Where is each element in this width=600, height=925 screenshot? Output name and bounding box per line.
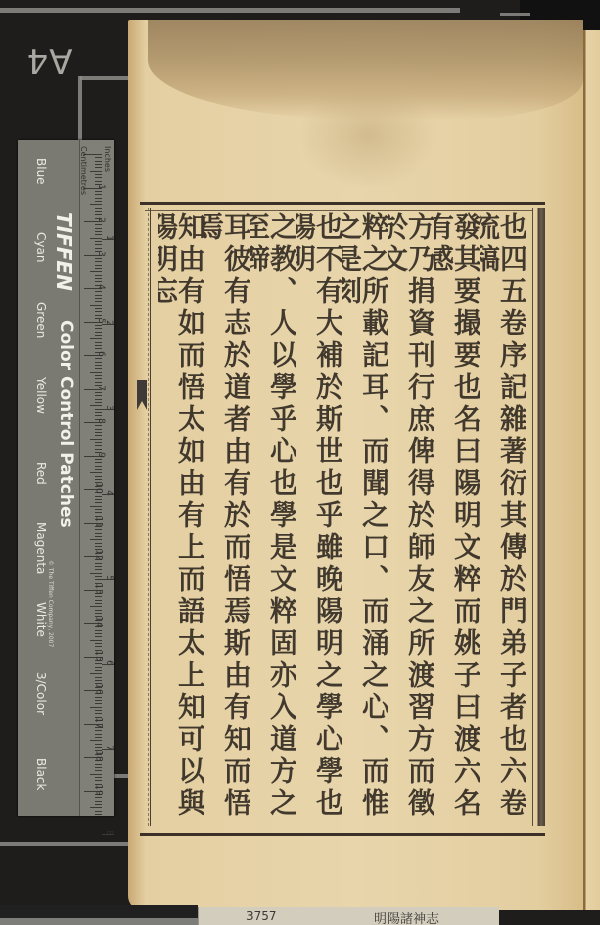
ruler-tick <box>95 291 102 292</box>
ruler-tick <box>95 569 102 570</box>
inch-tick-label: 2 <box>104 320 114 326</box>
ruler-tick <box>95 328 102 329</box>
ruler-tick <box>95 512 102 513</box>
ruler-tick <box>95 174 102 175</box>
patch-label-3color: 3/Color <box>34 672 48 715</box>
ruler-tick <box>95 533 102 534</box>
ruler-tick <box>95 710 102 711</box>
inch-tick <box>102 664 114 665</box>
ruler-tick <box>90 640 102 641</box>
ruler-tick <box>95 603 102 604</box>
ruler-tick <box>95 265 102 266</box>
ruler-tick <box>95 275 102 276</box>
ruler-tick <box>90 539 102 540</box>
ruler-tick <box>95 596 102 597</box>
ruler-tick <box>95 429 102 430</box>
ruler-tick <box>90 807 102 808</box>
ruler-tick <box>95 459 102 460</box>
ruler-tick <box>95 499 102 500</box>
ruler-tick <box>95 469 102 470</box>
ruler-tick <box>95 234 102 235</box>
text-column-4: 粹之所載記耳、而聞之口、而涌之心、而惟之是刻 <box>342 212 388 824</box>
ruler-tick <box>95 395 102 396</box>
ruler-tick <box>95 744 102 745</box>
ruler-tick <box>95 680 102 681</box>
ruler-tick <box>95 278 102 279</box>
ruler-tick <box>95 670 102 671</box>
ruler-tick <box>95 224 102 225</box>
patch-label-green: Green <box>34 302 48 338</box>
ruler-tick <box>95 462 102 463</box>
ruler-tick <box>95 767 102 768</box>
inch-tick <box>102 494 114 495</box>
ruler-tick <box>95 713 102 714</box>
patch-label-yellow: Yellow <box>34 377 48 414</box>
units-in-label: Inches <box>103 146 112 172</box>
ruler-tick <box>90 472 102 473</box>
ruler-tick <box>95 811 102 812</box>
ruler-tick <box>90 405 102 406</box>
ruler-tick <box>95 546 102 547</box>
ruler-tick <box>95 479 102 480</box>
inch-tick-label: 6 <box>104 660 114 666</box>
text-column-2: 發其要撮要也名曰陽明文粹而姚子曰渡六名有感 <box>434 212 480 824</box>
patch-label-blue: Blue <box>34 158 48 185</box>
ruler-tick <box>95 425 102 426</box>
ruler-tick <box>95 177 102 178</box>
ruler-tick <box>95 167 102 168</box>
inch-tick-label: 5 <box>104 575 114 581</box>
cm-tick-label: 1 <box>96 184 106 190</box>
sheet-size-label: A4 <box>24 40 74 80</box>
ruler-tick <box>95 248 102 249</box>
cm-tick-label: 3 <box>96 251 106 257</box>
ruler-tick <box>95 258 102 259</box>
ruler-tick <box>95 181 102 182</box>
inch-tick <box>102 579 114 580</box>
ruler-tick <box>95 392 102 393</box>
text-frame-right-border <box>532 208 545 826</box>
ruler-tick <box>95 579 102 580</box>
ruler-tick <box>95 244 102 245</box>
ruler-tick <box>95 814 102 815</box>
text-column-5: 也不有大補於斯世也乎雖晚陽明之學心學也陽明 <box>296 212 342 824</box>
inch-tick-label: 4 <box>104 490 114 496</box>
ruler-tick <box>95 231 102 232</box>
cm-tick-label: 4 <box>96 284 106 290</box>
ruler-tick <box>95 737 102 738</box>
ruler-tick <box>95 636 102 637</box>
patch-label-white: White <box>34 602 48 637</box>
ruler-tick <box>95 509 102 510</box>
ruler-tick <box>95 409 102 410</box>
ruler-tick <box>90 606 102 607</box>
ruler-tick <box>95 298 102 299</box>
inch-tick <box>102 834 114 835</box>
text-column-8: 知由有如而悟太如由有上而語太上知可以與陽明忘 <box>158 212 204 824</box>
ruler-tick <box>95 201 102 202</box>
cm-tick-label: 9 <box>96 452 106 458</box>
ruler-tick <box>90 171 102 172</box>
archive-number: 3757 <box>246 909 277 923</box>
patch-label-black: Black <box>34 758 48 790</box>
ruler-tick <box>95 780 102 781</box>
ruler-tick <box>95 600 102 601</box>
ruler-tick <box>95 332 102 333</box>
ruler-tick <box>95 402 102 403</box>
ruler-tick <box>95 703 102 704</box>
ruler-tick <box>95 399 102 400</box>
brand-logo: TIFFEN <box>52 212 76 291</box>
ruler-tick <box>95 797 102 798</box>
text-column-1: 也四五卷序記雜著衍其傳於門弟子者也六卷流稿 <box>480 212 526 824</box>
ruler-tick <box>95 610 102 611</box>
ruler-tick <box>95 348 102 349</box>
cm-tick-label: 16 <box>93 683 103 694</box>
inch-tick-label: 1 <box>104 235 114 241</box>
ruler-tick <box>95 311 102 312</box>
ruler-tick <box>95 164 102 165</box>
ruler-tick <box>95 211 102 212</box>
mat-line-mid-vertical <box>78 76 82 140</box>
ruler-tick <box>95 613 102 614</box>
ruler-tick <box>95 378 102 379</box>
ruler-tick <box>95 281 102 282</box>
ruler-tick <box>95 412 102 413</box>
ruler-tick <box>95 496 102 497</box>
ruler-tick <box>95 576 102 577</box>
ruler-tick <box>95 466 102 467</box>
text-frame-left-line <box>150 208 151 826</box>
ruler-tick <box>95 764 102 765</box>
units-cm-label: Centimetres <box>79 146 88 195</box>
ruler-tick <box>95 208 102 209</box>
ruler-tick <box>95 700 102 701</box>
ruler-tick <box>95 368 102 369</box>
ruler-tick <box>90 740 102 741</box>
ruler-tick <box>95 543 102 544</box>
ruler-tick <box>90 238 102 239</box>
ruler-tick <box>95 375 102 376</box>
inch-tick <box>102 239 114 240</box>
ruler-tick <box>95 435 102 436</box>
text-frame-inner-line <box>145 210 533 211</box>
text-column-6: 之教、人以學乎心也學是文粹固亦入道方之至蹄 <box>250 212 296 824</box>
ruler-tick <box>95 536 102 537</box>
ruler-tick <box>95 630 102 631</box>
ruler-tick <box>90 305 102 306</box>
ruler-tick <box>95 643 102 644</box>
ruler-tick <box>95 697 102 698</box>
ruler-tick <box>95 677 102 678</box>
ruler-tick <box>95 194 102 195</box>
cm-tick-label: 13 <box>93 583 103 594</box>
patch-label-cyan: Cyan <box>34 232 48 262</box>
cm-tick-label: 18 <box>93 750 103 761</box>
ruler-tick <box>95 325 102 326</box>
ruler-tick <box>90 372 102 373</box>
ruler-tick <box>95 804 102 805</box>
inch-tick <box>102 409 114 410</box>
ruler-tick <box>95 358 102 359</box>
manuscript-text-block: 也四五卷序記雜著衍其傳於門弟子者也六卷流稿 發其要撮要也名曰陽明文粹而姚子曰渡六… <box>152 212 532 824</box>
patch-label-red: Red <box>34 462 48 485</box>
ruler-tick <box>95 646 102 647</box>
ruler-tick <box>95 342 102 343</box>
text-column-3: 方乃捐資刊行庶俾得於師友之所渡習方而徵於文 <box>388 212 434 824</box>
ruler-tick <box>95 295 102 296</box>
water-stain-drip <box>298 80 438 190</box>
ruler-tick <box>95 268 102 269</box>
ruler-tick <box>95 228 102 229</box>
ruler-tick <box>95 382 102 383</box>
cm-tick-label: 10 <box>93 482 103 493</box>
cm-tick-label: 19 <box>93 784 103 795</box>
ruler-tick <box>90 439 102 440</box>
inch-tick <box>102 749 114 750</box>
ruler-tick <box>95 734 102 735</box>
ruler-tick <box>95 566 102 567</box>
ruler-tick <box>90 707 102 708</box>
ruler-tick <box>95 415 102 416</box>
ruler-tick <box>95 442 102 443</box>
ruler-tick <box>95 191 102 192</box>
inch-tick <box>102 324 114 325</box>
cm-tick-label: 17 <box>93 717 103 728</box>
ruler-tick <box>95 449 102 450</box>
ruler-tick <box>95 157 102 158</box>
ruler-tick <box>95 241 102 242</box>
ruler-tick <box>95 801 102 802</box>
ruler-tick <box>95 770 102 771</box>
ruler-tick <box>90 573 102 574</box>
ruler-tick <box>90 204 102 205</box>
inch-tick-label: 7 <box>104 745 114 751</box>
ruler-tick <box>95 432 102 433</box>
ruler-tick <box>90 673 102 674</box>
ruler-tick <box>95 261 102 262</box>
cm-tick-label: 7 <box>96 385 106 391</box>
copyright-notice: © The Tiffen Company, 2007 <box>47 560 54 647</box>
ruler-tick <box>95 335 102 336</box>
ruler-tick <box>95 633 102 634</box>
archive-label: 3757 明陽諸神志 <box>198 907 499 925</box>
cm-tick-label: 2 <box>96 217 106 223</box>
mat-line-bottom <box>0 918 198 925</box>
ruler-tick <box>95 663 102 664</box>
next-page-edge <box>583 30 600 910</box>
product-name: Color Control Patches <box>56 320 76 528</box>
cm-tick-label: 11 <box>93 516 103 527</box>
cm-tick-label: 6 <box>96 351 106 357</box>
mat-line-top <box>0 8 460 13</box>
mat-line-lower <box>0 842 128 846</box>
ruler-tick <box>95 730 102 731</box>
ruler-tick <box>95 445 102 446</box>
ruler-tick <box>95 345 102 346</box>
ruler-tick <box>95 563 102 564</box>
inch-tick-label: 8 <box>104 830 114 836</box>
ruler-tick <box>95 362 102 363</box>
ruler-tick <box>95 161 102 162</box>
inch-tick-label: 3 <box>104 405 114 411</box>
ruler-tick <box>95 301 102 302</box>
ruler-tick <box>95 308 102 309</box>
ruler-tick <box>95 214 102 215</box>
ruler-tick <box>95 529 102 530</box>
ruler-tick <box>95 198 102 199</box>
cm-tick-label: 14 <box>93 616 103 627</box>
cm-tick-label: 12 <box>93 549 103 560</box>
cm-tick-label: 8 <box>96 418 106 424</box>
ruler-tick <box>95 315 102 316</box>
ruler-scale: 1234567891011121314151617181912345678 <box>79 140 114 816</box>
ruler-tick <box>95 667 102 668</box>
ruler-tick <box>90 506 102 507</box>
ruler-tick <box>90 338 102 339</box>
patch-label-magenta: Magenta <box>34 522 48 574</box>
color-control-card: 1234567891011121314151617181912345678 Ce… <box>18 140 114 816</box>
text-column-7: 耳彼有志於道者由有於而悟焉斯由有知而悟焉 <box>204 212 250 824</box>
ruler-tick <box>90 774 102 775</box>
ruler-tick <box>90 271 102 272</box>
ruler-tick <box>95 476 102 477</box>
ruler-tick <box>95 777 102 778</box>
archive-title: 明陽諸神志 <box>374 908 439 925</box>
ruler-tick <box>95 365 102 366</box>
mat-line-top-short <box>500 13 530 16</box>
ruler-tick <box>95 502 102 503</box>
cm-tick-label: 15 <box>93 650 103 661</box>
ruler-tick <box>95 747 102 748</box>
